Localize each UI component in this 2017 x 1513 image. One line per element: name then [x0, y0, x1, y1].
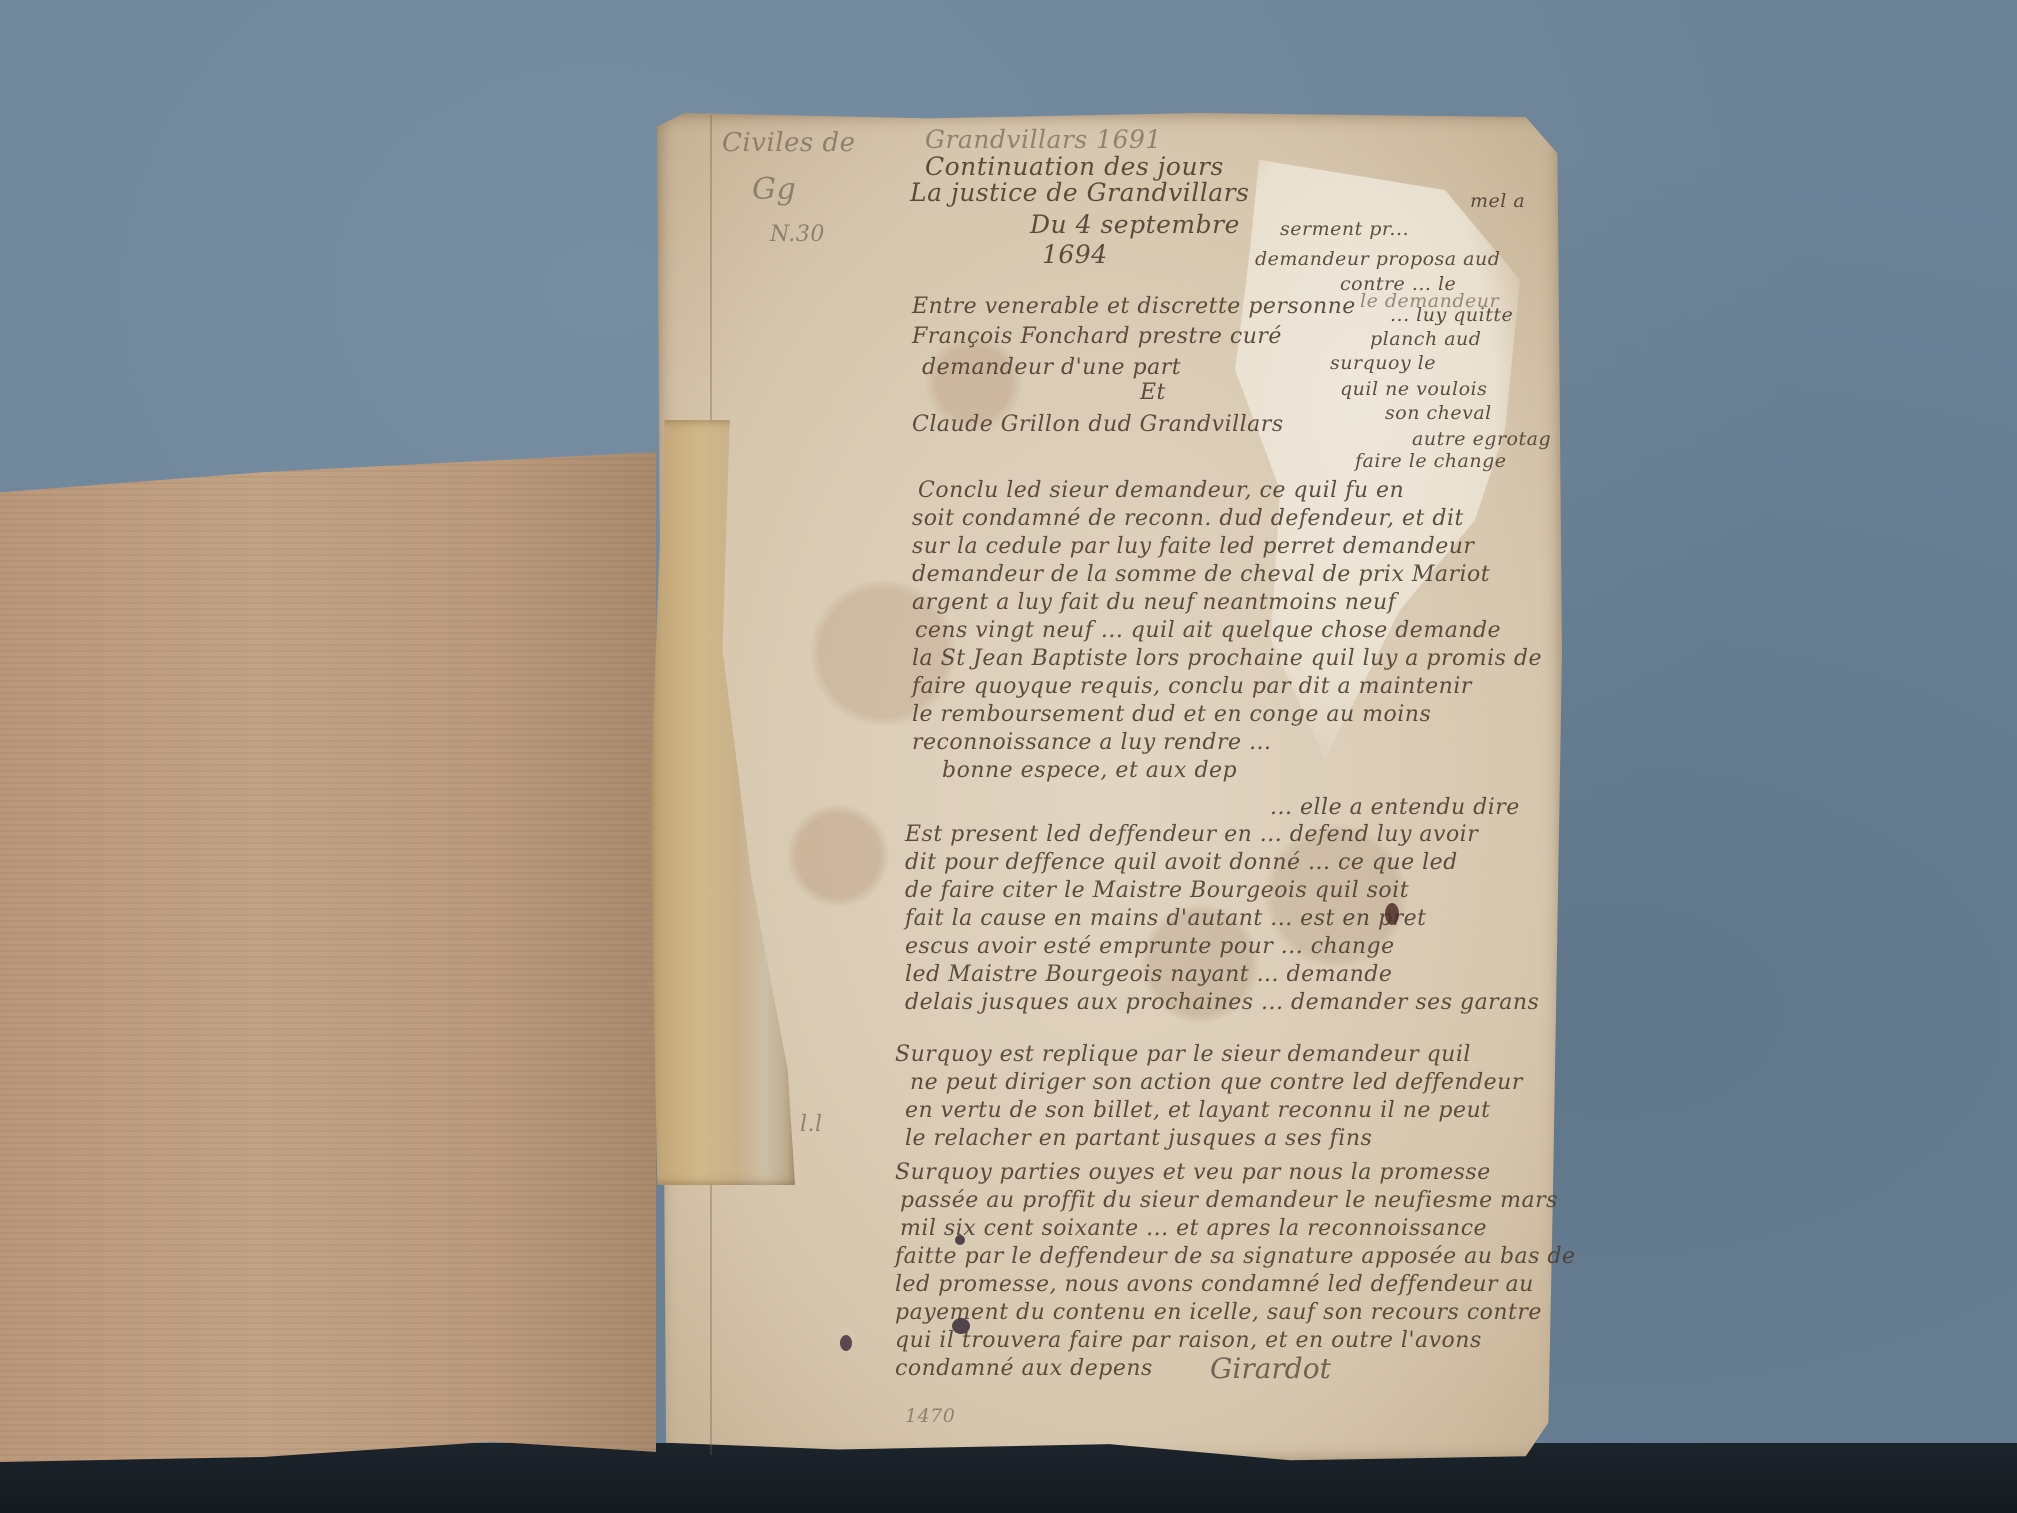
body-line: led Maistre Bourgeois nayant ... demande: [905, 962, 1392, 987]
ink-blot: [1385, 903, 1399, 925]
date-line-1: Du 4 septembre: [1030, 210, 1240, 239]
body-line: reconnoissance a luy rendre ...: [912, 730, 1271, 755]
body-line: bonne espece, et aux dep: [942, 758, 1237, 783]
ink-blot: [952, 1318, 970, 1334]
right-fragment: quil ne voulois: [1340, 378, 1487, 400]
right-fragment: demandeur proposa aud: [1255, 248, 1500, 270]
right-fragment: son cheval: [1385, 402, 1492, 424]
body-line: la St Jean Baptiste lors prochaine quil …: [912, 646, 1542, 671]
body-line: Conclu led sieur demandeur, ce quil fu e…: [918, 478, 1404, 503]
body-line: Est present led deffendeur en ... defend…: [905, 822, 1478, 847]
body-line: de faire citer le Maistre Bourgeois quil…: [905, 878, 1409, 903]
body-line: escus avoir esté emprunte pour ... chang…: [905, 934, 1395, 959]
right-fragment: mel a: [1470, 190, 1525, 212]
body-line: Et: [1140, 380, 1166, 405]
margin-note-top: Civiles de: [722, 128, 856, 158]
body-line: faire quoyque requis, conclu par dit a m…: [912, 674, 1472, 699]
body-line: Claude Grillon dud Grandvillars: [912, 412, 1284, 437]
margin-note-lower: l.l: [800, 1112, 823, 1137]
body-line: passée au proffit du sieur demandeur le …: [900, 1188, 1558, 1213]
header-line-2: Continuation des jours: [925, 152, 1224, 181]
body-line: demandeur d'une part: [922, 355, 1181, 380]
body-line: faitte par le deffendeur de sa signature…: [895, 1244, 1576, 1269]
right-fragment: faire le change: [1355, 450, 1507, 472]
body-line: condamné aux depens: [895, 1356, 1153, 1381]
body-line: en vertu de son billet, et layant reconn…: [905, 1098, 1491, 1123]
ink-blot: [840, 1335, 852, 1351]
body-line: fait la cause en mains d'autant ... est …: [905, 906, 1426, 931]
body-line: Surquoy parties ouyes et veu par nous la…: [895, 1160, 1491, 1185]
signature: Girardot: [1210, 1352, 1331, 1385]
body-line: Entre venerable et discrette personne: [912, 294, 1356, 319]
body-line: payement du contenu en icelle, sauf son …: [895, 1300, 1542, 1325]
right-fragment: serment pr...: [1280, 218, 1409, 240]
ink-blot: [955, 1235, 965, 1245]
bottom-note: 1470: [905, 1405, 955, 1427]
right-fragment: surquoy le: [1330, 352, 1436, 374]
right-fragment: ... luy quitte: [1390, 304, 1513, 326]
body-line: sur la cedule par luy faite led perret d…: [912, 534, 1474, 559]
body-line: ... elle a entendu dire: [1270, 795, 1520, 820]
body-line: François Fonchard prestre curé: [912, 324, 1282, 349]
margin-note-shelfmark: Gg: [752, 172, 796, 207]
body-line: dit pour deffence quil avoit donné ... c…: [905, 850, 1458, 875]
body-line: cens vingt neuf ... quil ait quelque cho…: [915, 618, 1501, 643]
kraft-paper-sheet: [0, 452, 656, 1462]
body-line: ne peut diriger son action que contre le…: [910, 1070, 1523, 1095]
body-line: led promesse, nous avons condamné led de…: [895, 1272, 1534, 1297]
right-fragment: autre egrotag: [1412, 428, 1551, 450]
header-line-1: Grandvillars 1691: [925, 125, 1162, 154]
body-line: delais jusques aux prochaines ... demand…: [905, 990, 1539, 1015]
body-line: le relacher en partant jusques a ses fin…: [905, 1126, 1372, 1151]
date-line-2: 1694: [1042, 240, 1108, 269]
header-line-3: La justice de Grandvillars: [910, 178, 1249, 207]
margin-note-number: N.30: [770, 222, 825, 247]
body-line: argent a luy fait du neuf neantmoins neu…: [912, 590, 1396, 615]
body-line: mil six cent soixante ... et apres la re…: [900, 1216, 1487, 1241]
right-fragment: planch aud: [1370, 328, 1481, 350]
body-line: Surquoy est replique par le sieur demand…: [895, 1042, 1471, 1067]
body-line: soit condamné de reconn. dud defendeur, …: [912, 506, 1464, 531]
body-line: demandeur de la somme de cheval de prix …: [912, 562, 1490, 587]
body-line: qui il trouvera faire par raison, et en …: [895, 1328, 1482, 1353]
body-line: le remboursement dud et en conge au moin…: [912, 702, 1431, 727]
